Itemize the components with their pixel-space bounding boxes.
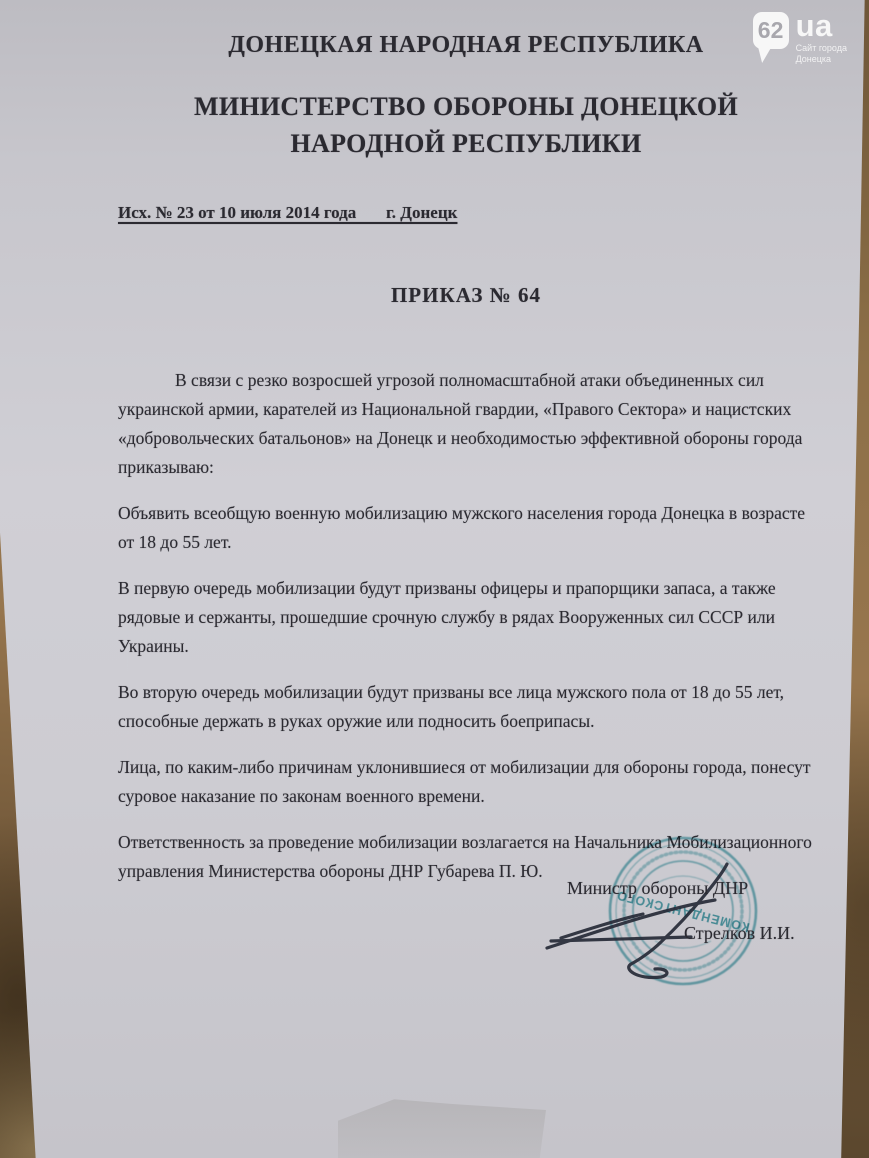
signature-name: Стрелков И.И. bbox=[684, 923, 795, 944]
watermark-number: 62 bbox=[758, 17, 784, 44]
order-body: В связи с резко возросшей угрозой полном… bbox=[118, 366, 814, 903]
order-number-heading: ПРИКАЗ № 64 bbox=[118, 283, 814, 308]
document-paper: ДОНЕЦКАЯ НАРОДНАЯ РЕСПУБЛИКА МИНИСТЕРСТВ… bbox=[0, 0, 869, 1158]
paragraph-first-wave: В первую очередь мобилизации будут призв… bbox=[118, 574, 814, 661]
watermark-domain: ua bbox=[796, 12, 847, 40]
watermark-tagline-line1: Сайт города bbox=[796, 43, 847, 54]
tape-strip bbox=[338, 1098, 546, 1158]
signature-position-title: Министр обороны ДНР bbox=[567, 878, 748, 899]
ministry-title: МИНИСТЕРСТВО ОБОРОНЫ ДОНЕЦКОЙ НАРОДНОЙ Р… bbox=[118, 88, 814, 162]
document-title: ДОНЕЦКАЯ НАРОДНАЯ РЕСПУБЛИКА bbox=[118, 32, 814, 59]
paragraph-second-wave: Во вторую очередь мобилизации будут приз… bbox=[118, 678, 814, 736]
reference-number-line: Исх. № 23 от 10 июля 2014 года г. Донецк bbox=[118, 203, 457, 223]
paragraph-mobilization-declaration: Объявить всеобщую военную мобилизацию му… bbox=[118, 499, 814, 557]
paragraph-preamble: В связи с резко возросшей угрозой полном… bbox=[118, 366, 814, 482]
speech-bubble-icon: 62 bbox=[753, 12, 789, 49]
signature-strokes bbox=[505, 828, 815, 1008]
watermark-logo: 62 ua Сайт города Донецка bbox=[753, 12, 847, 64]
paragraph-punishment: Лица, по каким-либо причинам уклонившиес… bbox=[118, 753, 814, 811]
watermark-tagline-line2: Донецка bbox=[796, 54, 847, 65]
